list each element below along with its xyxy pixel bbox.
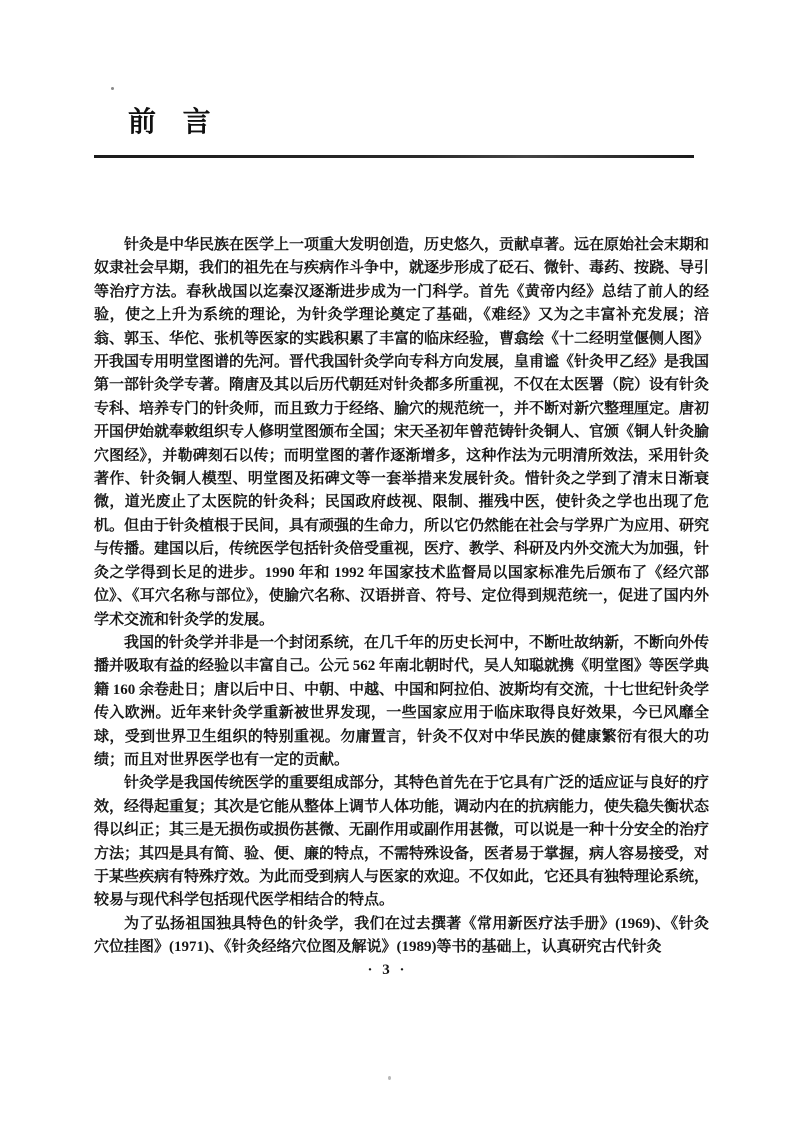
paragraph-history: 针灸是中华民族在医学上一项重大发明创造，历史悠久，贡献卓著。远在原始社会末期和奴… (94, 234, 709, 632)
scan-artifact-speck (388, 1076, 391, 1080)
book-page: 前言 针灸是中华民族在医学上一项重大发明创造，历史悠久，贡献卓著。远在原始社会末… (0, 0, 801, 1122)
paragraph-purpose: 为了弘扬祖国独具特色的针灸学，我们在过去撰著《常用新医疗法手册》(1969)、《… (94, 913, 709, 960)
page-number: · 3 · (80, 962, 695, 979)
page-title: 前言 (128, 100, 237, 140)
title-divider-rule (94, 155, 694, 158)
preface-body: 针灸是中华民族在医学上一项重大发明创造，历史悠久，贡献卓著。远在原始社会末期和奴… (94, 234, 709, 960)
paragraph-characteristics: 针灸学是我国传统医学的重要组成部分，其特色首先在于它具有广泛的适应证与良好的疗效… (94, 772, 709, 912)
scan-artifact-dot (111, 87, 114, 90)
paragraph-international-exchange: 我国的针灸学并非是一个封闭系统，在几千年的历史长河中，不断吐故纳新，不断向外传播… (94, 632, 709, 772)
